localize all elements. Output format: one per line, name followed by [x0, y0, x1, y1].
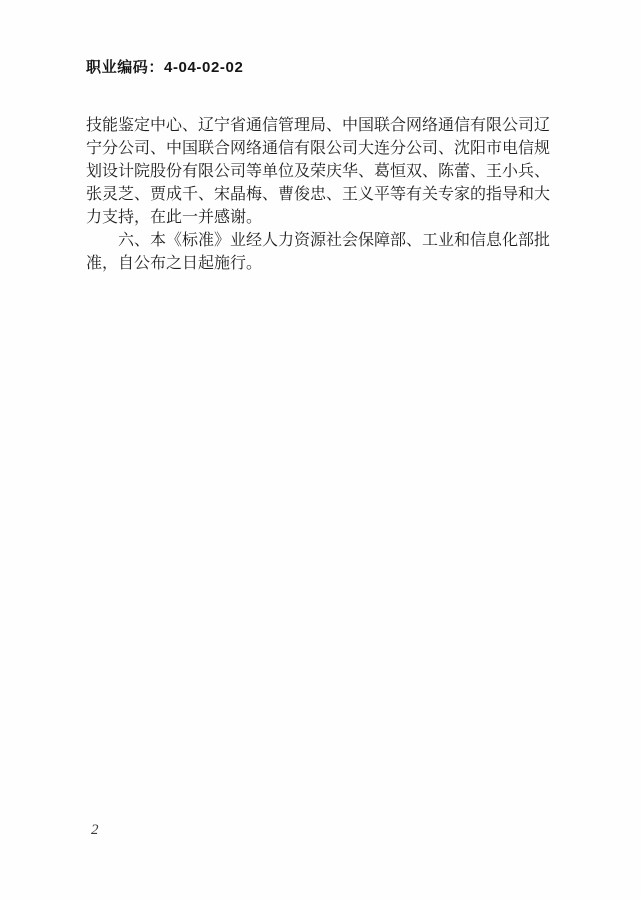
paragraph2-line-2: 准，自公布之日起施行。 — [86, 252, 554, 275]
paragraph1-line-5: 力支持，在此一并感谢。 — [86, 206, 554, 229]
paragraph1-line-1: 技能鉴定中心、辽宁省通信管理局、中国联合网络通信有限公司辽 — [86, 114, 554, 137]
paragraph2-line-1: 六、本《标准》业经人力资源社会保障部、工业和信息化部批 — [86, 229, 554, 252]
occupation-code-label: 职业编码：4-04-02-02 — [86, 56, 243, 77]
paragraph1-line-2: 宁分公司、中国联合网络通信有限公司大连分公司、沈阳市电信规 — [86, 137, 554, 160]
page-number: 2 — [91, 822, 99, 839]
document-body: 技能鉴定中心、辽宁省通信管理局、中国联合网络通信有限公司辽 宁分公司、中国联合网… — [86, 114, 554, 275]
paragraph1-line-4: 张灵芝、贾成千、宋晶梅、曹俊忠、王义平等有关专家的指导和大 — [86, 183, 554, 206]
document-page: 职业编码：4-04-02-02 技能鉴定中心、辽宁省通信管理局、中国联合网络通信… — [0, 0, 641, 899]
paragraph1-line-3: 划设计院股份有限公司等单位及荣庆华、葛恒双、陈蕾、王小兵、 — [86, 160, 554, 183]
